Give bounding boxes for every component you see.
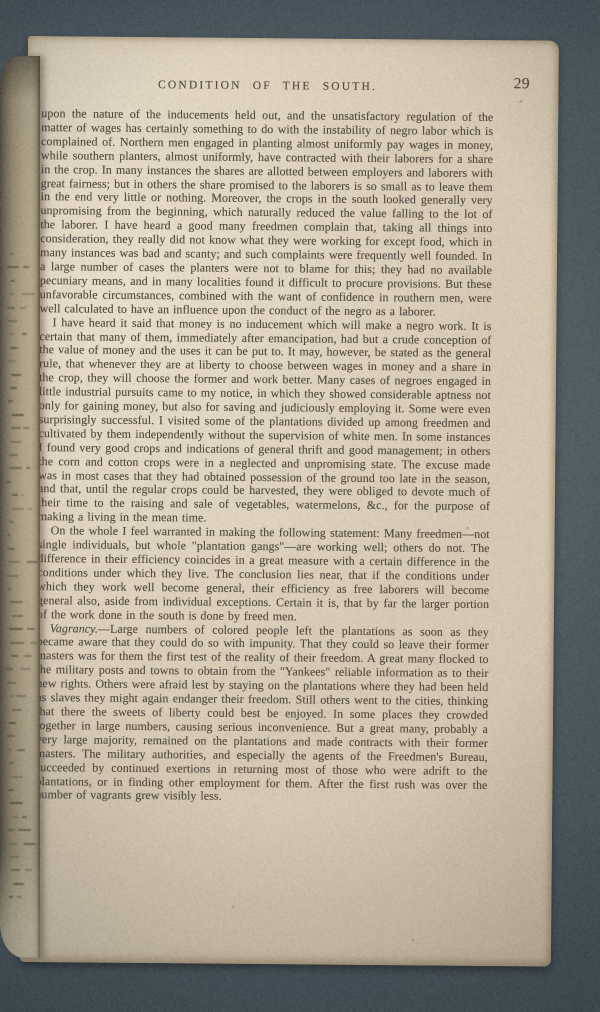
edge-text-mark <box>9 454 18 456</box>
edge-text-mark <box>22 333 28 335</box>
edge-text-mark <box>8 320 17 322</box>
edge-text-mark <box>10 387 18 389</box>
foxing-speck <box>158 701 160 703</box>
edge-text-mark <box>18 829 31 831</box>
edge-text-mark <box>8 749 11 751</box>
edge-text-mark <box>10 856 19 858</box>
edge-text-mark <box>12 816 20 818</box>
foxing-speck <box>232 906 234 908</box>
foxing-speck <box>519 100 522 102</box>
edge-text-mark <box>12 615 22 617</box>
edge-text-mark <box>10 280 16 282</box>
edge-text-mark <box>26 467 30 469</box>
edge-text-mark <box>11 655 18 657</box>
edge-text-mark <box>8 722 16 724</box>
edge-text-mark <box>27 628 36 630</box>
edge-text-mark <box>9 521 15 523</box>
edge-text-mark <box>12 494 18 496</box>
edge-text-mark <box>8 360 16 362</box>
edge-text-mark <box>6 668 13 670</box>
edge-text-mark <box>7 266 20 268</box>
edge-text-mark <box>23 266 29 268</box>
edge-text-mark <box>7 548 15 550</box>
edge-text-mark <box>7 735 15 737</box>
edge-text-mark <box>23 427 30 429</box>
foxing-speck <box>467 527 469 529</box>
edge-text-mark <box>12 709 22 711</box>
edge-text-mark <box>21 494 24 496</box>
edge-text-mark <box>22 816 27 818</box>
page-number: 29 <box>514 75 531 93</box>
paragraph-money-inducement: I have heard it said that money is no in… <box>38 316 492 529</box>
edge-text-mark <box>6 481 11 483</box>
running-title: CONDITION OF THE SOUTH. <box>42 78 494 94</box>
edge-text-mark <box>25 869 32 871</box>
paragraph-vagrancy: Vagrancy.—Large numbers of colored peopl… <box>35 622 489 807</box>
edge-text-mark <box>17 749 25 751</box>
edge-text-mark <box>7 534 10 536</box>
foxing-speck <box>412 939 414 941</box>
edge-text-mark <box>29 508 33 510</box>
edge-text-mark <box>10 253 14 255</box>
book-page: CONDITION OF THE SOUTH. 29 upon the natu… <box>20 36 559 967</box>
edge-text-mark <box>9 333 16 335</box>
edge-text-mark <box>12 508 24 510</box>
page-edge-text-marks <box>0 56 40 958</box>
edge-text-mark <box>9 293 14 295</box>
edge-text-mark <box>24 655 33 657</box>
edge-text-mark <box>20 307 26 309</box>
edge-text-mark <box>11 374 21 376</box>
edge-text-mark <box>11 776 23 778</box>
edge-text-mark <box>10 347 17 349</box>
edge-text-mark <box>13 883 24 885</box>
previous-page-edge <box>0 56 40 958</box>
edge-text-mark <box>7 307 15 309</box>
edge-text-mark <box>7 575 20 577</box>
edge-text-mark <box>8 843 17 845</box>
edge-text-mark <box>30 642 38 644</box>
edge-text-mark <box>8 829 15 831</box>
edge-text-mark <box>7 682 16 684</box>
vagrancy-italic-lead: Vagrancy. <box>50 621 98 635</box>
edge-text-mark <box>9 628 23 630</box>
edge-text-mark <box>20 668 30 670</box>
paragraph-statement: On the whole I feel warranted in making … <box>37 524 490 625</box>
edge-text-mark <box>9 467 22 469</box>
edge-text-mark <box>10 601 23 603</box>
edge-text-mark <box>8 789 14 791</box>
page-body-text: upon the nature of the inducements held … <box>35 107 493 806</box>
edge-text-mark <box>8 588 11 590</box>
edge-text-mark <box>17 896 23 898</box>
edge-text-mark <box>11 869 20 871</box>
paragraph-wages: upon the nature of the inducements held … <box>40 107 494 320</box>
edge-text-mark <box>10 642 24 644</box>
edge-text-mark <box>9 896 13 898</box>
edge-text-mark <box>21 293 35 295</box>
edge-text-mark <box>11 427 21 429</box>
edge-text-mark <box>11 414 23 416</box>
edge-text-mark <box>9 762 15 764</box>
edge-text-mark <box>9 561 20 563</box>
vagrancy-text: —Large numbers of colored people left th… <box>35 621 489 803</box>
scanned-book-photo: CONDITION OF THE SOUTH. 29 upon the natu… <box>0 0 600 1012</box>
edge-text-mark <box>10 695 13 697</box>
edge-text-mark <box>16 695 26 697</box>
edge-text-mark <box>11 441 22 443</box>
edge-text-mark <box>10 802 23 804</box>
edge-text-mark <box>23 843 37 845</box>
edge-text-mark <box>27 561 38 563</box>
edge-text-mark <box>8 400 14 402</box>
